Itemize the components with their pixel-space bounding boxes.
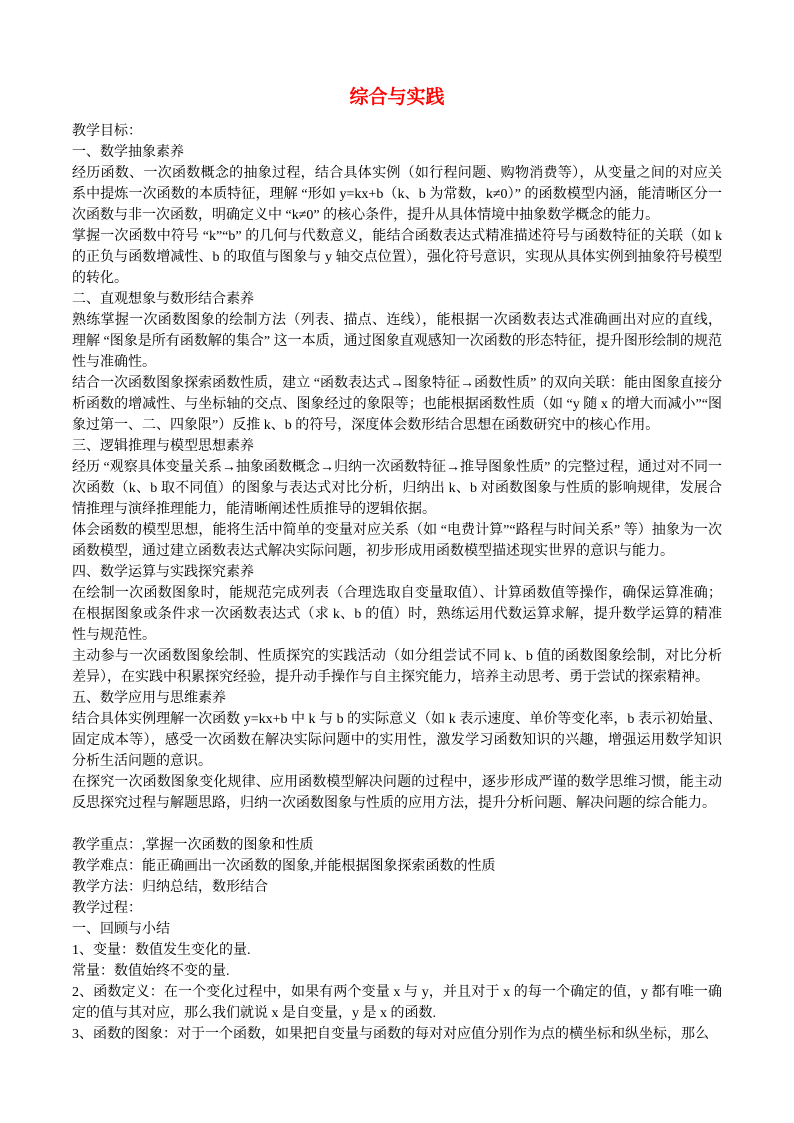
- para-section-1-body-1: 经历函数、一次函数概念的抽象过程，结合具体实例（如行程问题、购物消费等），从变量…: [72, 163, 722, 226]
- para-constant-definition: 常量：数值始终不变的量.: [72, 961, 722, 982]
- para-function-definition: 2、函数定义：在一个变化过程中，如果有两个变量 x 与 y，并且对于 x 的每一…: [72, 982, 722, 1024]
- para-section-1-body-2: 掌握一次函数中符号 “k”“b” 的几何与代数意义，能结合函数表达式精准描述符号…: [72, 226, 722, 289]
- para-section-3-body-2: 体会函数的模型思想，能将生活中简单的变量对应关系（如 “电费计算”“路程与时间关…: [72, 520, 722, 562]
- para-teaching-difficulties: 教学难点：能正确画出一次函数的图象,并能根据图象探索函数的性质: [72, 856, 722, 877]
- para-teaching-key-points: 教学重点：,掌握一次函数的图象和性质: [72, 835, 722, 856]
- para-section-2-body-2: 结合一次函数图象探索函数性质，建立 “函数表达式→图象特征→函数性质” 的双向关…: [72, 373, 722, 436]
- para-section-4-body-2: 主动参与一次函数图象绘制、性质探究的实践活动（如分组尝试不同 k、b 值的函数图…: [72, 646, 722, 688]
- para-section-3-heading: 三、逻辑推理与模型思想素养: [72, 436, 722, 457]
- para-review-summary-heading: 一、回顾与小结: [72, 919, 722, 940]
- para-function-graph-definition: 3、函数的图象：对于一个函数，如果把自变量与函数的每对对应值分别作为点的横坐标和…: [72, 1024, 722, 1045]
- para-section-4-body-1: 在绘制一次函数图象时，能规范完成列表（合理选取自变量取值）、计算函数值等操作，确…: [72, 583, 722, 646]
- para-section-5-body-1: 结合具体实例理解一次函数 y=kx+b 中 k 与 b 的实际意义（如 k 表示…: [72, 709, 722, 772]
- para-blank-line: [72, 814, 722, 835]
- para-teaching-process-label: 教学过程：: [72, 898, 722, 919]
- page-title: 综合与实践: [72, 86, 722, 110]
- para-section-5-heading: 五、数学应用与思维素养: [72, 688, 722, 709]
- para-section-2-body-1: 熟练掌握一次函数图象的绘制方法（列表、描点、连线），能根据一次函数表达式准确画出…: [72, 310, 722, 373]
- para-teaching-methods: 教学方法：归纳总结，数形结合: [72, 877, 722, 898]
- para-section-5-body-2: 在探究一次函数图象变化规律、应用函数模型解决问题的过程中，逐步形成严谨的数学思维…: [72, 772, 722, 814]
- para-section-2-heading: 二、直观想象与数形结合素养: [72, 289, 722, 310]
- document-page: 综合与实践 教学目标： 一、数学抽象素养 经历函数、一次函数概念的抽象过程，结合…: [0, 0, 794, 1123]
- para-section-3-body-1: 经历 “观察具体变量关系→抽象函数概念→归纳一次函数特征→推导图象性质” 的完整…: [72, 457, 722, 520]
- para-teaching-objectives-label: 教学目标：: [72, 121, 722, 142]
- para-section-1-heading: 一、数学抽象素养: [72, 142, 722, 163]
- para-variable-definition: 1、变量：数值发生变化的量.: [72, 940, 722, 961]
- para-section-4-heading: 四、数学运算与实践探究素养: [72, 562, 722, 583]
